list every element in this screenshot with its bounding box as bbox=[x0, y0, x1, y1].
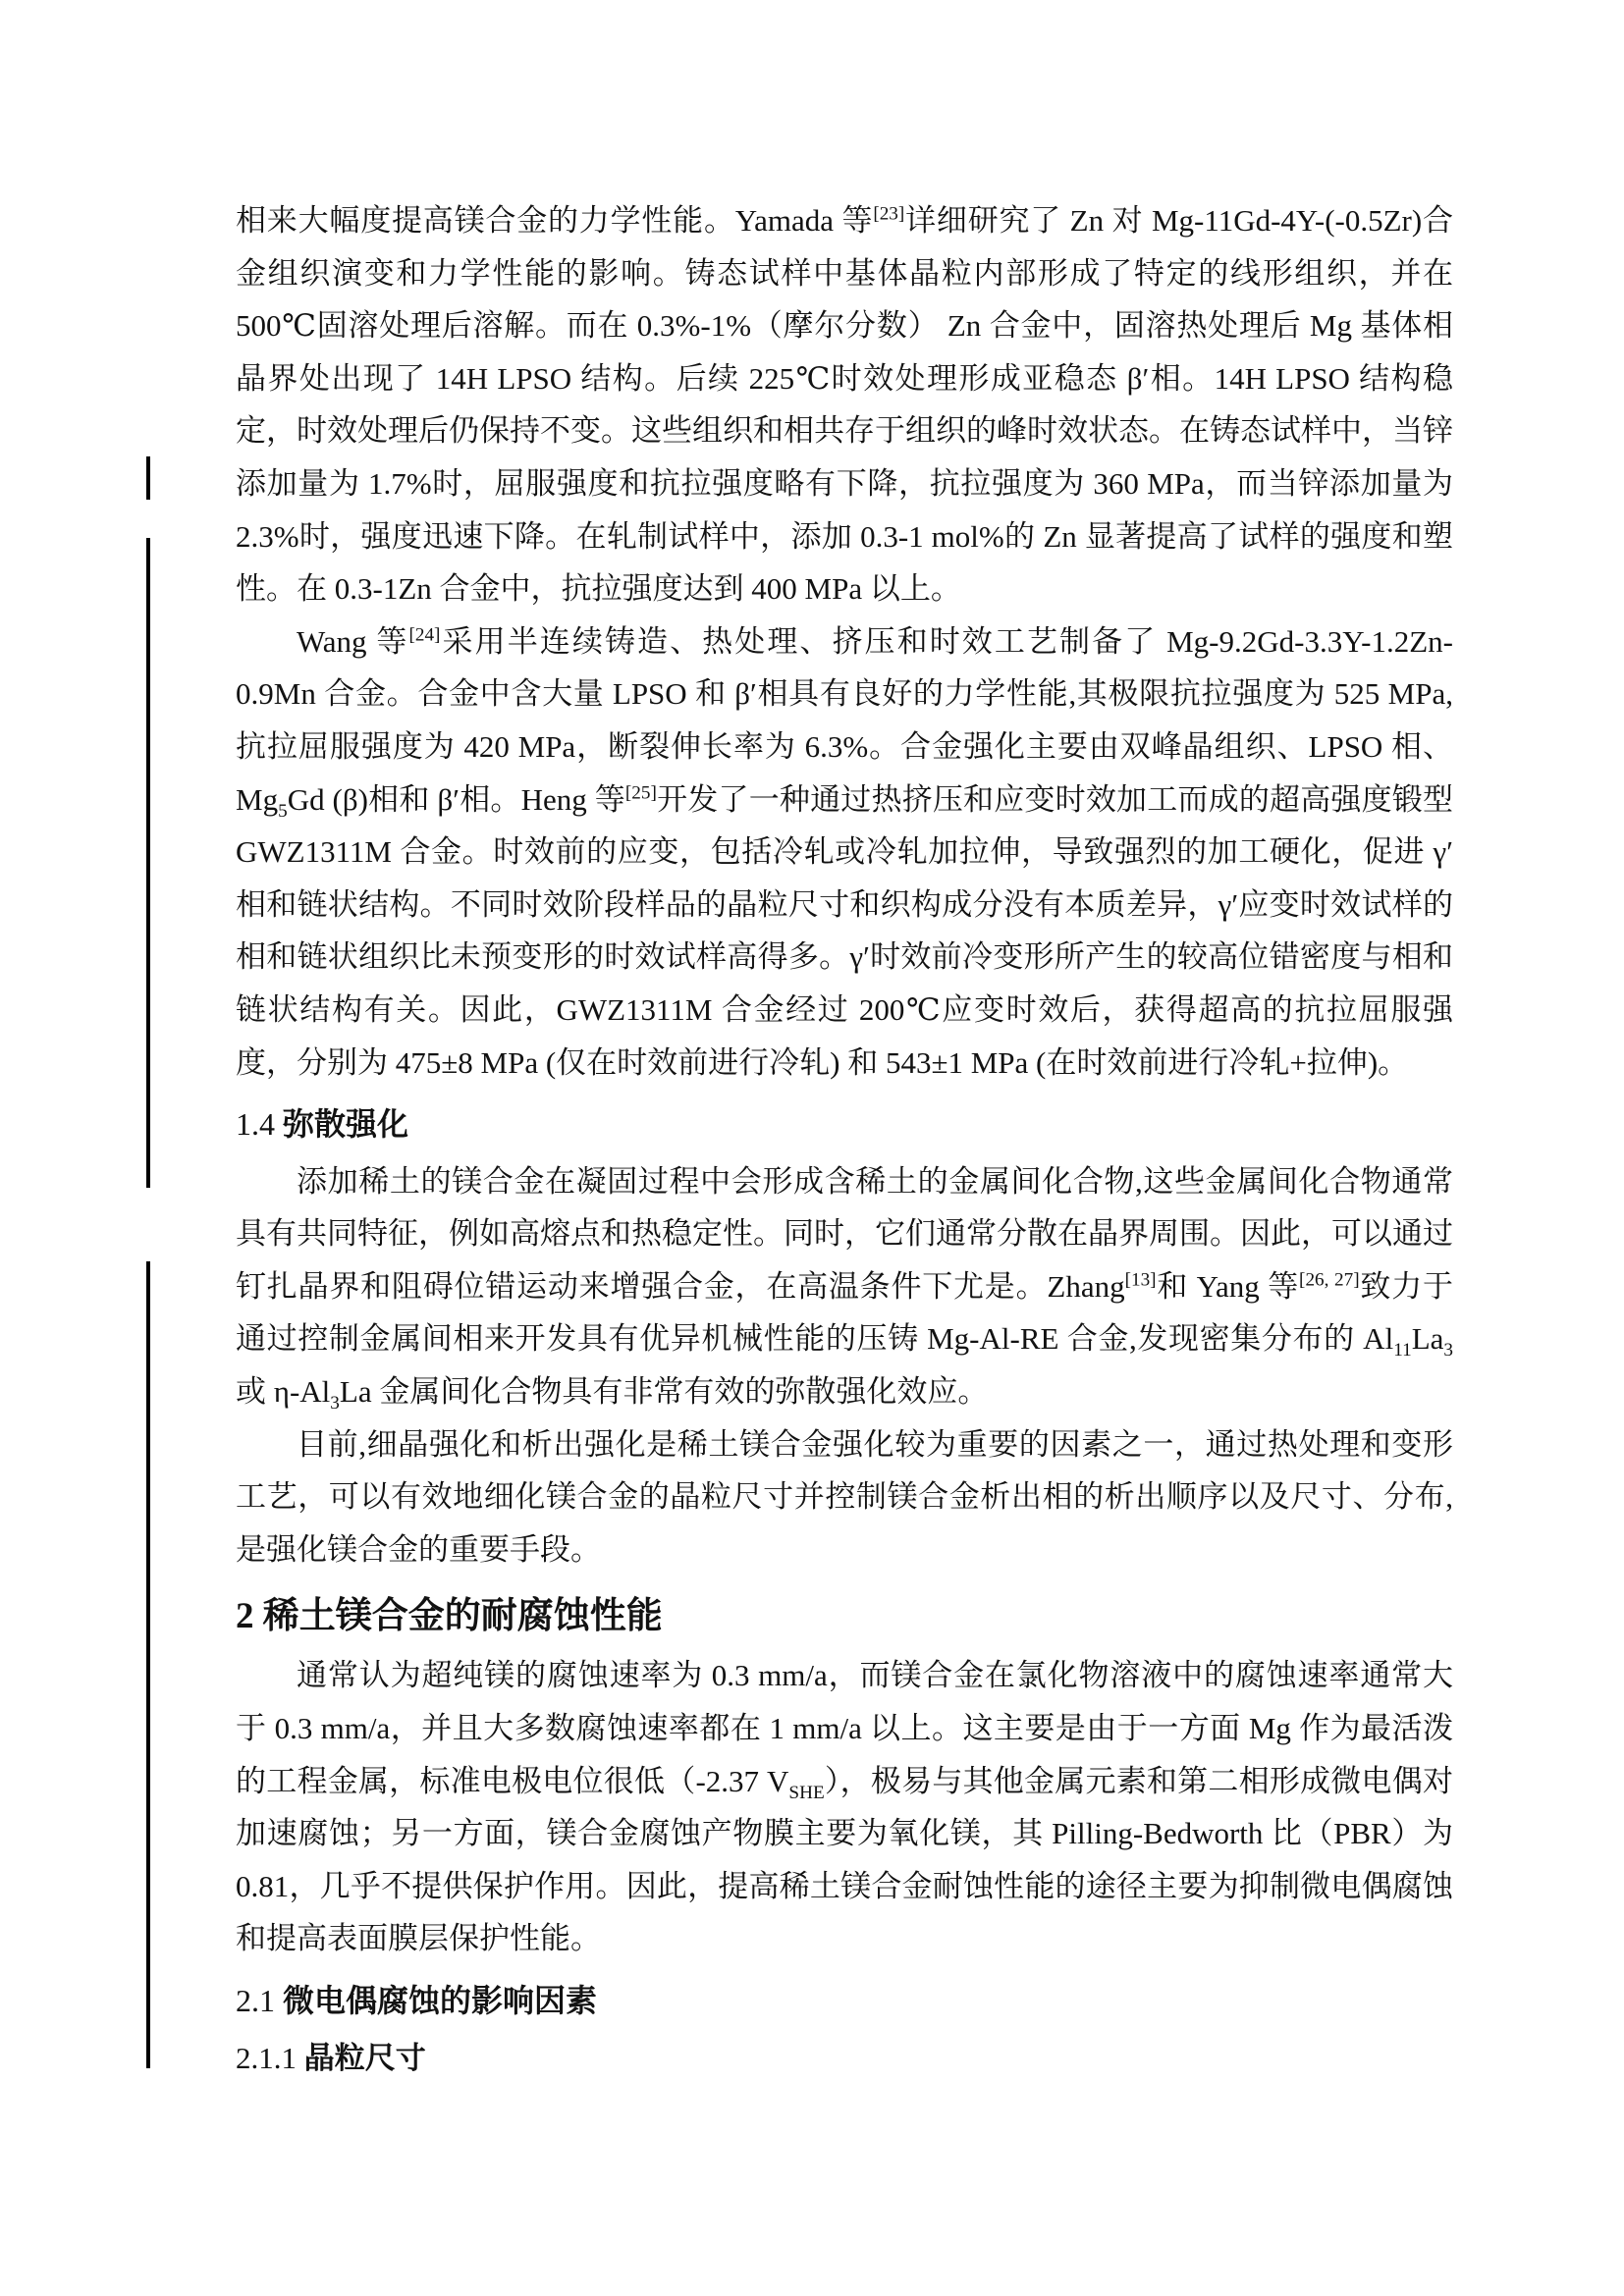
subscript: 11 bbox=[1393, 1341, 1412, 1362]
text-run: 详细研究了 Zn 对 Mg-11Gd-4Y-(-0.5Zr)合金组织演变和力学性… bbox=[236, 203, 1453, 606]
subscript: 3 bbox=[330, 1393, 340, 1414]
section-heading: 2.1.1 晶粒尺寸 bbox=[236, 2032, 1453, 2085]
text-run: 弥散强化 bbox=[283, 1106, 408, 1142]
paragraph: 目前,细晶强化和析出强化是稀土镁合金强化较为重要的因素之一，通过热处理和变形工艺… bbox=[236, 1418, 1453, 1576]
section-heading: 1.4 弥散强化 bbox=[236, 1098, 1453, 1151]
section-heading: 2.1 微电偶腐蚀的影响因素 bbox=[236, 1975, 1453, 2028]
revision-bar bbox=[146, 456, 150, 500]
subscript: 3 bbox=[1443, 1341, 1453, 1362]
text-run: 开发了一种通过热挤压和应变时效加工而成的超高强度锻型 GWZ1311M 合金。时… bbox=[236, 782, 1453, 1080]
subscript: 5 bbox=[278, 801, 288, 822]
citation-superscript: [25] bbox=[625, 782, 657, 803]
text-run: 微电偶腐蚀的影响因素 bbox=[283, 1983, 597, 2018]
text-run: Wang 等 bbox=[297, 624, 408, 659]
revision-bar bbox=[146, 1261, 150, 2068]
document-page: 相来大幅度提高镁合金的力学性能。Yamada 等[23]详细研究了 Zn 对 M… bbox=[0, 0, 1624, 2296]
text-run: 稀土镁合金的耐腐蚀性能 bbox=[263, 1595, 663, 1635]
text-run: 目前,细晶强化和析出强化是稀土镁合金强化较为重要的因素之一，通过热处理和变形工艺… bbox=[236, 1427, 1453, 1567]
document-body: 相来大幅度提高镁合金的力学性能。Yamada 等[23]详细研究了 Zn 对 M… bbox=[236, 194, 1453, 2084]
revision-bar bbox=[146, 538, 150, 1188]
text-run: La 金属间化合物具有非常有效的弥散强化效应。 bbox=[340, 1374, 988, 1409]
text-run: 和 Yang 等 bbox=[1157, 1269, 1299, 1304]
citation-superscript: [26, 27] bbox=[1299, 1270, 1360, 1291]
paragraph: 通常认为超纯镁的腐蚀速率为 0.3 mm/a，而镁合金在氯化物溶液中的腐蚀速率通… bbox=[236, 1649, 1453, 1965]
text-run: 2.1 bbox=[236, 1983, 283, 2018]
citation-superscript: [23] bbox=[873, 204, 904, 225]
section-heading: 2 稀土镁合金的耐腐蚀性能 bbox=[236, 1587, 1453, 1645]
text-run: 2 bbox=[236, 1596, 263, 1636]
text-run: 或 η-Al bbox=[236, 1374, 330, 1409]
paragraph: Wang 等[24]采用半连续铸造、热处理、挤压和时效工艺制备了 Mg-9.2G… bbox=[236, 615, 1453, 1089]
text-run: La bbox=[1412, 1321, 1444, 1356]
text-run: 1.4 bbox=[236, 1106, 283, 1142]
paragraph: 相来大幅度提高镁合金的力学性能。Yamada 等[23]详细研究了 Zn 对 M… bbox=[236, 194, 1453, 615]
text-run: 2.1.1 bbox=[236, 2041, 304, 2075]
subscript: SHE bbox=[788, 1783, 824, 1803]
citation-superscript: [13] bbox=[1125, 1270, 1157, 1291]
text-run: 晶粒尺寸 bbox=[304, 2041, 426, 2075]
citation-superscript: [24] bbox=[408, 624, 440, 645]
text-run: 相来大幅度提高镁合金的力学性能。Yamada 等 bbox=[236, 203, 873, 238]
text-run: Gd (β)相和 β′相。Heng 等 bbox=[288, 782, 625, 817]
paragraph: 添加稀土的镁合金在凝固过程中会形成含稀土的金属间化合物,这些金属间化合物通常具有… bbox=[236, 1155, 1453, 1418]
